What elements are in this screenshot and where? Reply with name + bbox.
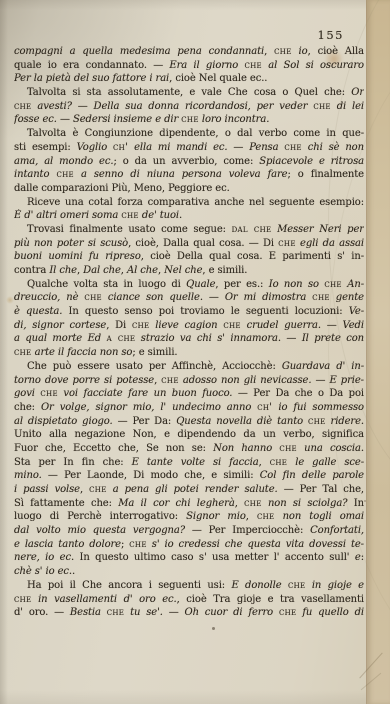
paper-stain — [6, 296, 14, 304]
text-line: più non poter si scusò, cioè, Dalla qual… — [14, 237, 364, 251]
text-line: Fuor che, Eccetto che, Se non se: Non ha… — [14, 442, 364, 456]
text-line: è questa. In questo senso poi troviamo l… — [14, 305, 364, 319]
text-line: a qual morte Ed a che strazio va chi s' … — [14, 332, 364, 346]
text-line: Talvolta è Congiunzione dipendente, o da… — [14, 127, 364, 141]
text-line: di, signor cortese, Di che lieve cagion … — [14, 319, 364, 333]
text-line: d' oro. — Bestia che tu se'. — Oh cuor d… — [14, 606, 364, 620]
text-line: Sì fattamente che: Ma il cor chi legherà… — [14, 497, 364, 511]
text-line: compagni a quella medesima pena condanna… — [14, 45, 364, 59]
text-line: che: Or volge, signor mio, l' undecimo a… — [14, 401, 364, 415]
text-line: dalle comparazioni Più, Meno, Peggiore e… — [14, 182, 364, 196]
text-line: Qualche volta sta in luogo di Quale, per… — [14, 278, 364, 292]
text-line: nere, io ec. In questo ultimo caso s' us… — [14, 551, 364, 565]
text-line: chè s' io ec.. — [14, 565, 364, 579]
text-line: ama, al mondo ec.; o da un avverbio, com… — [14, 155, 364, 169]
text-line: quale io era condannato. — Era il giorno… — [14, 59, 364, 73]
text-line: Riceve una cotal forza comparativa anche… — [14, 196, 364, 210]
text-line: contra Il che, Dal che, Al che, Nel che,… — [14, 264, 364, 278]
text-line: govi che voi facciate fare un buon fuoco… — [14, 387, 364, 401]
text-line: che arte il faccia non so; e simili. — [14, 346, 364, 360]
text-line: dal volto mio questa vergogna? — Per Imp… — [14, 524, 364, 538]
text-line: che avesti? — Della sua donna ricordando… — [14, 100, 364, 114]
page-edge-band — [366, 0, 390, 704]
text-line: e lascia tanto dolore; che s' io credess… — [14, 538, 364, 552]
text-line: Che può essere usato per Affinchè, Accio… — [14, 360, 364, 374]
text-line: Per la pietà del suo fattore i rai, cioè… — [14, 72, 364, 86]
text-line: i passi volse, che a pena gli potei rend… — [14, 483, 364, 497]
text-block: compagni a quella medesima pena condanna… — [14, 45, 364, 620]
text-line: intanto che a senno di niuna persona vol… — [14, 168, 364, 182]
paper-speck — [212, 627, 215, 630]
text-line: Ha poi il Che ancora i seguenti usi: E d… — [14, 579, 364, 593]
paper-speck — [364, 500, 366, 502]
text-line: Sta per In fin che: E tante volte si fac… — [14, 456, 364, 470]
text-line: che in vasellamenti d' oro ec., cioè Tra… — [14, 593, 364, 607]
text-line: È d' altri omeri soma che de' tuoi. — [14, 209, 364, 223]
text-line: buoni uomini fu ripreso, cioè Della qual… — [14, 250, 364, 264]
text-line: fosse ec. — Sedersi insieme e dir che lo… — [14, 113, 364, 127]
text-line: Unito alla negazione Non, e dipendendo d… — [14, 428, 364, 442]
text-line: mino. — Per Laonde, Di modo che, e simil… — [14, 469, 364, 483]
text-line: Trovasi finalmente usato come segue: dal… — [14, 223, 364, 237]
text-line: Talvolta si sta assolutamente, e vale Ch… — [14, 86, 364, 100]
text-line: al dispietato giogo. — Per Da: Questa no… — [14, 415, 364, 429]
page-number: 155 — [318, 28, 344, 42]
text-line: dreuccio, nè che ciance son quelle. — Or… — [14, 291, 364, 305]
text-line: torno dove porre si potesse, che adosso … — [14, 374, 364, 388]
text-line: luogo di Perchè interrogativo: Signor mi… — [14, 510, 364, 524]
book-page: 155 compagni a quella medesima pena cond… — [0, 0, 390, 704]
text-line: sti esempi: Voglio ch' ella mi mandi ec.… — [14, 141, 364, 155]
